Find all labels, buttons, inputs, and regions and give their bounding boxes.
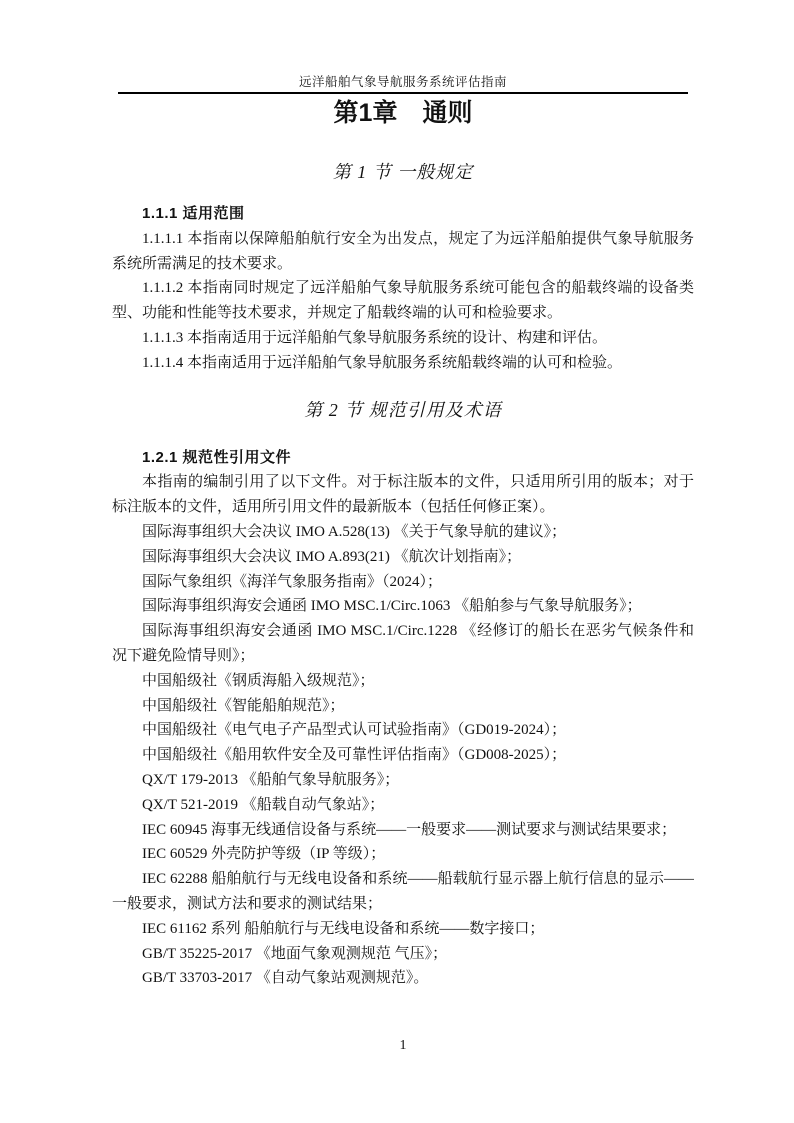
- reference-line: IEC 62288 船舶航行与无线电设备和系统——船载航行显示器上航行信息的显示…: [112, 867, 694, 892]
- section-1-heading: 第 1 节 一般规定: [112, 162, 694, 182]
- reference-line: 国际海事组织海安会通函 IMO MSC.1/Circ.1228 《经修订的船长在…: [112, 619, 694, 644]
- running-title: 远洋船舶气象导航服务系统评估指南: [118, 76, 688, 89]
- paragraph-line: 1.1.1.4 本指南适用于远洋船舶气象导航服务系统船载终端的认可和检验。: [112, 351, 694, 376]
- reference-line: 中国船级社《智能船舶规范》；: [112, 694, 694, 719]
- reference-line: IEC 60529 外壳防护等级（IP 等级）；: [112, 842, 694, 867]
- document-page: 远洋船舶气象导航服务系统评估指南 第1章 通则 第 1 节 一般规定 1.1.1…: [0, 0, 794, 1123]
- content-area: 远洋船舶气象导航服务系统评估指南 第1章 通则 第 1 节 一般规定 1.1.1…: [112, 0, 694, 991]
- page-number: 1: [112, 1038, 694, 1054]
- section-1-body: 1.1.1 适用范围 1.1.1.1 本指南以保障船舶航行安全为出发点，规定了为…: [112, 202, 694, 376]
- reference-line: IEC 61162 系列 船舶航行与无线电设备和系统——数字接口；: [112, 917, 694, 942]
- paragraph-line: 系统所需满足的技术要求。: [112, 252, 694, 277]
- reference-line: QX/T 521-2019 《船载自动气象站》；: [112, 793, 694, 818]
- reference-line: 中国船级社《船用软件安全及可靠性评估指南》（GD008-2025）；: [112, 743, 694, 768]
- reference-line: 中国船级社《电气电子产品型式认可试验指南》（GD019-2024）；: [112, 718, 694, 743]
- chapter-title: 第1章 通则: [112, 100, 694, 126]
- reference-line: 一般要求，测试方法和要求的测试结果；: [112, 892, 694, 917]
- section-2-heading: 第 2 节 规范引用及术语: [112, 400, 694, 420]
- subsection-heading-references: 1.2.1 规范性引用文件: [112, 446, 694, 471]
- paragraph-line: 本指南的编制引用了以下文件。对于标注版本的文件，只适用所引用的版本；对于未: [112, 470, 694, 495]
- paragraph-line: 1.1.1.2 本指南同时规定了远洋船舶气象导航服务系统可能包含的船载终端的设备…: [112, 276, 694, 301]
- paragraph-line: 标注版本的文件，适用所引用文件的最新版本（包括任何修正案）。: [112, 495, 694, 520]
- reference-line: 国际海事组织海安会通函 IMO MSC.1/Circ.1063 《船舶参与气象导…: [112, 594, 694, 619]
- paragraph-line: 型、功能和性能等技术要求，并规定了船载终端的认可和检验要求。: [112, 301, 694, 326]
- reference-line: 中国船级社《钢质海船入级规范》；: [112, 669, 694, 694]
- reference-line: GB/T 35225-2017 《地面气象观测规范 气压》；: [112, 942, 694, 967]
- reference-line: GB/T 33703-2017 《自动气象站观测规范》。: [112, 966, 694, 991]
- paragraph-line: 1.1.1.1 本指南以保障船舶航行安全为出发点，规定了为远洋船舶提供气象导航服…: [112, 227, 694, 252]
- reference-line: 国际气象组织《海洋气象服务指南》（2024）；: [112, 570, 694, 595]
- subsection-heading-scope: 1.1.1 适用范围: [112, 202, 694, 227]
- reference-line: QX/T 179-2013 《船舶气象导航服务》；: [112, 768, 694, 793]
- paragraph-line: 1.1.1.3 本指南适用于远洋船舶气象导航服务系统的设计、构建和评估。: [112, 326, 694, 351]
- section-2-body: 1.2.1 规范性引用文件 本指南的编制引用了以下文件。对于标注版本的文件，只适…: [112, 446, 694, 992]
- reference-line: IEC 60945 海事无线通信设备与系统——一般要求——测试要求与测试结果要求…: [112, 818, 694, 843]
- reference-line: 况下避免险情导则》；: [112, 644, 694, 669]
- page-header: 远洋船舶气象导航服务系统评估指南: [118, 0, 688, 94]
- reference-line: 国际海事组织大会决议 IMO A.893(21) 《航次计划指南》；: [112, 545, 694, 570]
- reference-line: 国际海事组织大会决议 IMO A.528(13) 《关于气象导航的建议》；: [112, 520, 694, 545]
